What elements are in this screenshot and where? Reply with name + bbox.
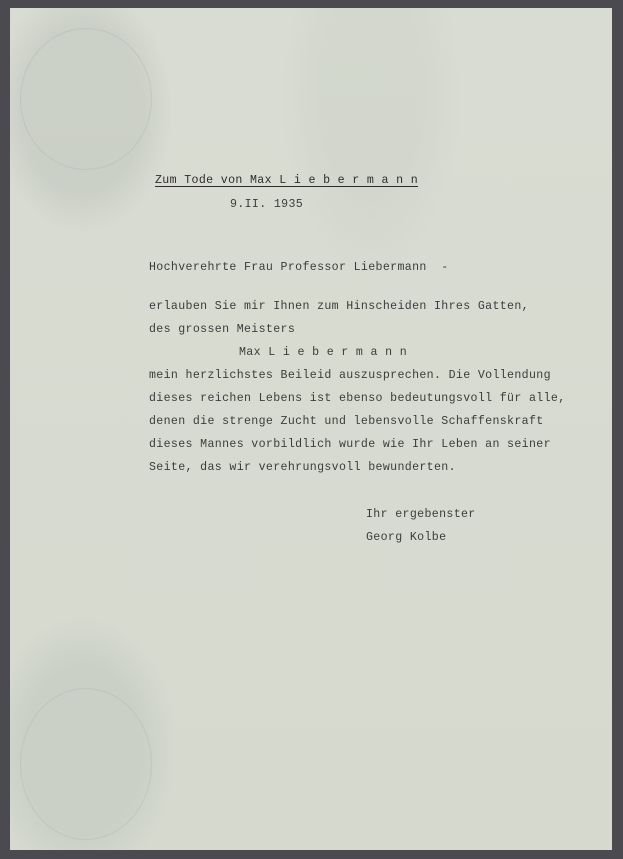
salutation: Hochverehrte Frau Professor Liebermann - xyxy=(149,261,449,275)
body-line-name: Max L i e b e r m a n n xyxy=(239,346,407,360)
body-line: des grossen Meisters xyxy=(149,323,295,337)
letter-date: 9.II. 1935 xyxy=(230,198,303,212)
letter-page: Zum Tode von Max L i e b e r m a n n 9.I… xyxy=(10,8,612,850)
body-line: dieses Mannes vorbildlich wurde wie Ihr … xyxy=(149,438,551,452)
closing: Ihr ergebenster xyxy=(366,508,476,522)
body-line: erlauben Sie mir Ihnen zum Hinscheiden I… xyxy=(149,300,529,314)
letter-title: Zum Tode von Max L i e b e r m a n n xyxy=(155,174,418,188)
body-line: mein herzlichstes Beileid auszusprechen.… xyxy=(149,369,551,383)
body-line: Seite, das wir verehrungsvoll bewunderte… xyxy=(149,461,456,475)
signature: Georg Kolbe xyxy=(366,531,446,545)
watermark-seal-bottom-left xyxy=(20,688,152,840)
body-line: denen die strenge Zucht und lebensvolle … xyxy=(149,415,544,429)
watermark-seal-top-left xyxy=(20,28,152,170)
body-line: dieses reichen Lebens ist ebenso bedeutu… xyxy=(149,392,566,406)
